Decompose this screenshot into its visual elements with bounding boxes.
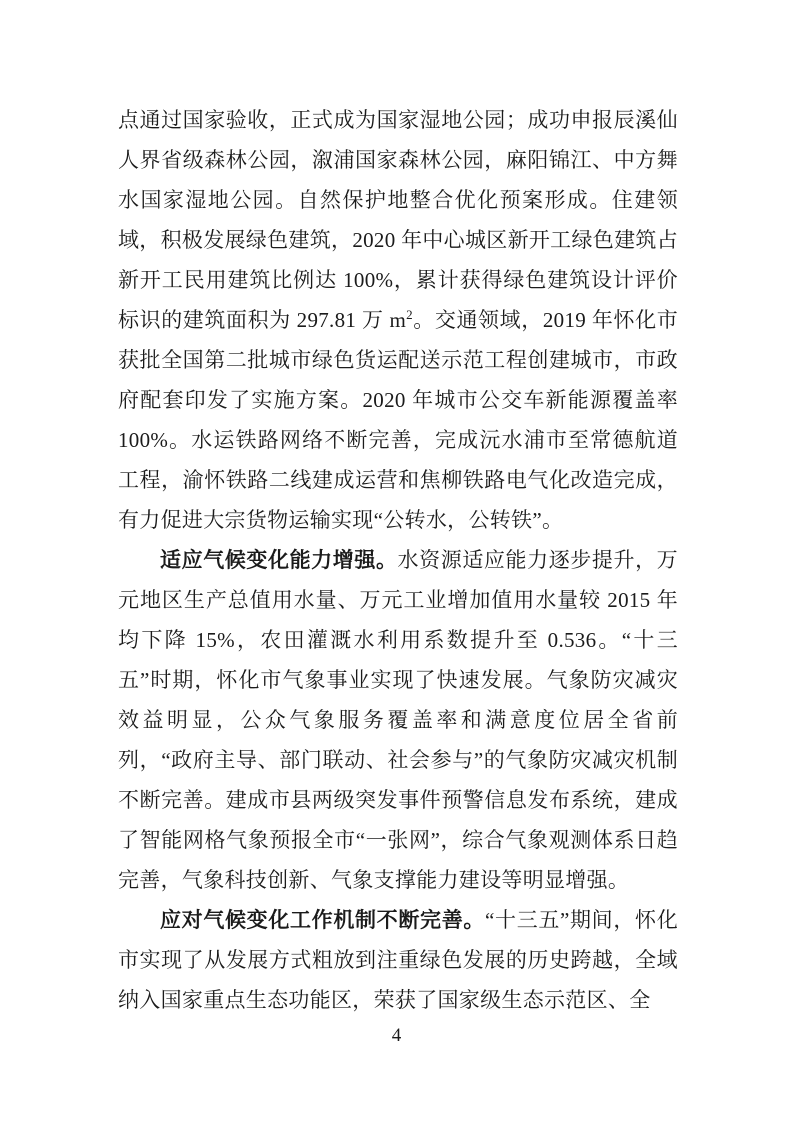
paragraph-text: 点通过国家验收，正式成为国家湿地公园；成功申报辰溪仙人界省级森林公园，溆浦国家森… <box>118 108 678 332</box>
document-page: 点通过国家验收，正式成为国家湿地公园；成功申报辰溪仙人界省级森林公园，溆浦国家森… <box>0 0 793 1122</box>
paragraph-climate-adaptation-capacity: 适应气候变化能力增强。水资源适应能力逐步提升，万元地区生产总值用水量、万元工业增… <box>118 540 678 900</box>
paragraph-text: 。交通领域，2019 年怀化市获批全国第二批城市绿色货运配送示范工程创建城市，市… <box>118 308 678 532</box>
paragraph-lead-bold: 应对气候变化工作机制不断完善。 <box>160 908 485 932</box>
page-number: 4 <box>0 1024 793 1048</box>
paragraph-green-development: 点通过国家验收，正式成为国家湿地公园；成功申报辰溪仙人界省级森林公园，溆浦国家森… <box>118 100 678 540</box>
paragraph-climate-work-mechanism: 应对气候变化工作机制不断完善。“十三五”期间，怀化市实现了从发展方式粗放到注重绿… <box>118 900 678 1020</box>
superscript-square-meters: 2 <box>406 307 413 322</box>
page-body-text: 点通过国家验收，正式成为国家湿地公园；成功申报辰溪仙人界省级森林公园，溆浦国家森… <box>118 100 678 1020</box>
paragraph-lead-bold: 适应气候变化能力增强。 <box>160 548 398 572</box>
paragraph-text: 水资源适应能力逐步提升，万元地区生产总值用水量、万元工业增加值用水量较 2015… <box>118 548 678 892</box>
